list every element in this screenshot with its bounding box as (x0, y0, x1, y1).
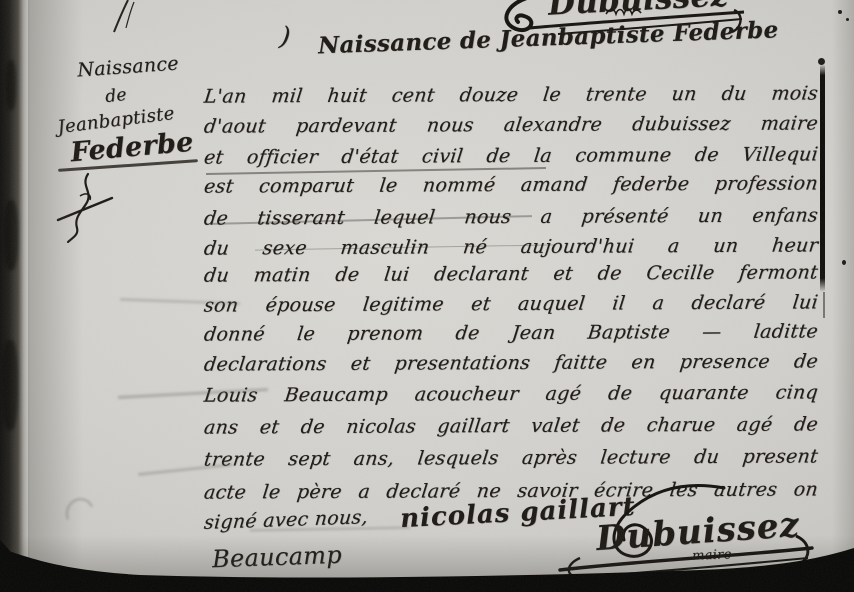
manuscript-line: Louis Beaucamp acoucheur agé de quarante… (202, 379, 819, 409)
margin-rule-vertical (820, 64, 825, 292)
scan-speck (842, 260, 846, 265)
register-page-scan: Naissance de Jeanbaptiste Federbe Dubuis… (0, 0, 854, 592)
manuscript-line: declarations et presentations faitte en … (202, 348, 819, 378)
page-edge-shadow (832, 0, 854, 592)
manuscript-line: du sexe masculin né aujourd'hui a un heu… (202, 232, 819, 262)
manuscript-line: est comparut le nommé amand federbe prof… (202, 170, 819, 200)
spine-blotch (2, 340, 18, 430)
margin-note-de: de (95, 84, 137, 108)
manuscript-line: donné le prenom de Jean Baptiste — ladit… (202, 318, 819, 348)
manuscript-line: ans et de nicolas gaillart valet de char… (202, 411, 819, 441)
manuscript-line: trente sept ans, lesquels après lecture … (202, 443, 819, 473)
spine-blotch (4, 200, 18, 270)
top-left-stray-stroke (108, 0, 138, 34)
manuscript-line: d'aout pardevant nous alexandre dubuisse… (202, 110, 819, 140)
scan-speck (838, 10, 842, 14)
margin-rule-tail (823, 292, 825, 318)
scan-bottom-black-edge (0, 540, 854, 592)
ink-speck (818, 58, 825, 65)
manuscript-line: du matin de lui declarant et de Cecille … (202, 259, 819, 289)
title-bracket: ) (278, 21, 293, 52)
scan-speck (846, 18, 849, 21)
manuscript-line: son épouse legitime et auquel il a decla… (202, 289, 819, 319)
page-gutter-shadow (28, 0, 83, 592)
manuscript-line: de tisserant lequel nous a présenté un e… (202, 202, 819, 232)
spine-blotch (6, 60, 16, 110)
manuscript-line: L'an mil huit cent douze le trente un du… (202, 80, 819, 110)
